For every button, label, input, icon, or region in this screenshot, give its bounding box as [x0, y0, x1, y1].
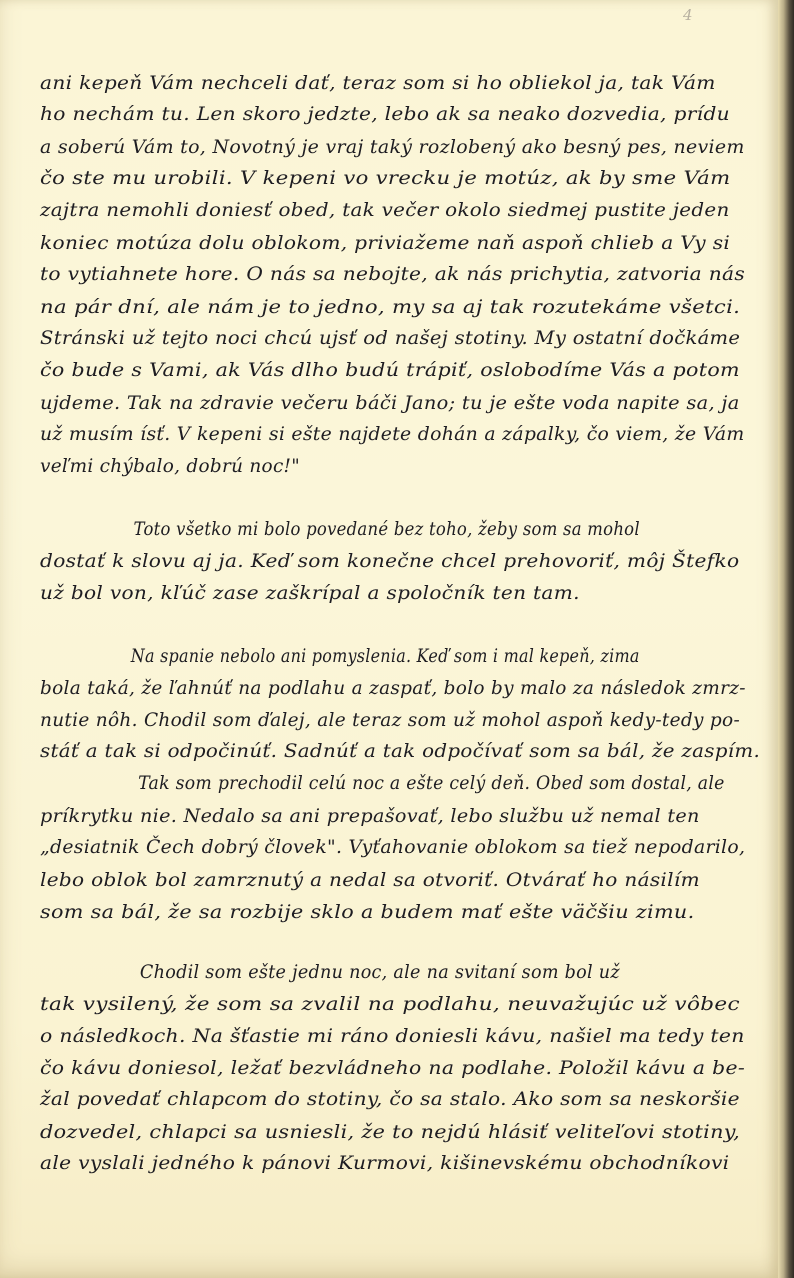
text-line: Chodil som ešte jednu noc, ale na svitan… — [40, 961, 620, 983]
text-line: ujdeme. Tak na zdravie večeru báči Jano;… — [40, 392, 740, 414]
text-line: ho nechám tu. Len skoro jedzte, lebo ak … — [40, 103, 730, 125]
text-line: bola taká, že ľahnúť na podlahu a zaspať… — [40, 677, 746, 699]
text-line: Stránski už tejto noci chcú ujsť od naše… — [40, 327, 740, 349]
text-line: už bol von, kľúč zase zaškrípal a spoloč… — [40, 582, 580, 604]
text-line: dostať k slovu aj ja. Keď som konečne ch… — [40, 550, 739, 572]
text-line: a soberú Vám to, Novotný je vraj taký ro… — [40, 136, 745, 158]
text-line: Toto všetko mi bolo povedané bez toho, ž… — [40, 518, 640, 540]
text-line: Tak som prechodil celú noc a ešte celý d… — [40, 772, 725, 794]
text-line: čo kávu doniesol, ležať bezvládneho na p… — [40, 1057, 745, 1079]
text-line: veľmi chýbalo, dobrú noc!" — [40, 455, 300, 477]
text-line: žal povedať chlapcom do stotiny, čo sa s… — [40, 1088, 740, 1110]
text-line: koniec motúza dolu oblokom, priviažeme n… — [40, 232, 730, 254]
text-line: to vytiahnete hore. O nás sa nebojte, ak… — [40, 263, 745, 285]
text-line: ale vyslali jedného k pánovi Kurmovi, ki… — [40, 1152, 729, 1174]
text-line: čo bude s Vami, ak Vás dlho budú trápiť,… — [40, 359, 740, 381]
text-line: už musím ísť. V kepeni si ešte najdete d… — [40, 423, 745, 445]
text-line: tak vysilený, že som sa zvalil na podlah… — [40, 993, 740, 1015]
page-number: 4 — [683, 6, 693, 24]
text-line: zajtra nemohli doniesť obed, tak večer o… — [40, 199, 730, 221]
text-line: o následkoch. Na šťastie mi ráno doniesl… — [40, 1025, 745, 1047]
text-line: nutie nôh. Chodil som ďalej, ale teraz s… — [40, 709, 740, 731]
text-line: ani kepeň Vám nechceli dať, teraz som si… — [40, 72, 716, 94]
manuscript-page: 4 ani kepeň Vám nechceli dať, teraz som … — [0, 0, 778, 1278]
text-line: lebo oblok bol zamrznutý a nedal sa otvo… — [40, 869, 700, 891]
text-line: „desiatnik Čech dobrý človek". Vyťahovan… — [40, 836, 745, 858]
text-line: na pár dní, ale nám je to jedno, my sa a… — [40, 296, 740, 318]
text-line: dozvedel, chlapci sa usniesli, že to nej… — [40, 1121, 740, 1143]
text-line: príkrytku nie. Nedalo sa ani prepašovať,… — [40, 805, 700, 827]
text-line: Na spanie nebolo ani pomyslenia. Keď som… — [40, 645, 640, 667]
text-line: som sa bál, že sa rozbije sklo a budem m… — [40, 901, 695, 923]
page-edge-shadow — [778, 0, 794, 1278]
text-line: stáť a tak si odpočinúť. Sadnúť a tak od… — [40, 740, 760, 762]
text-line: čo ste mu urobili. V kepeni vo vrecku je… — [40, 167, 730, 189]
